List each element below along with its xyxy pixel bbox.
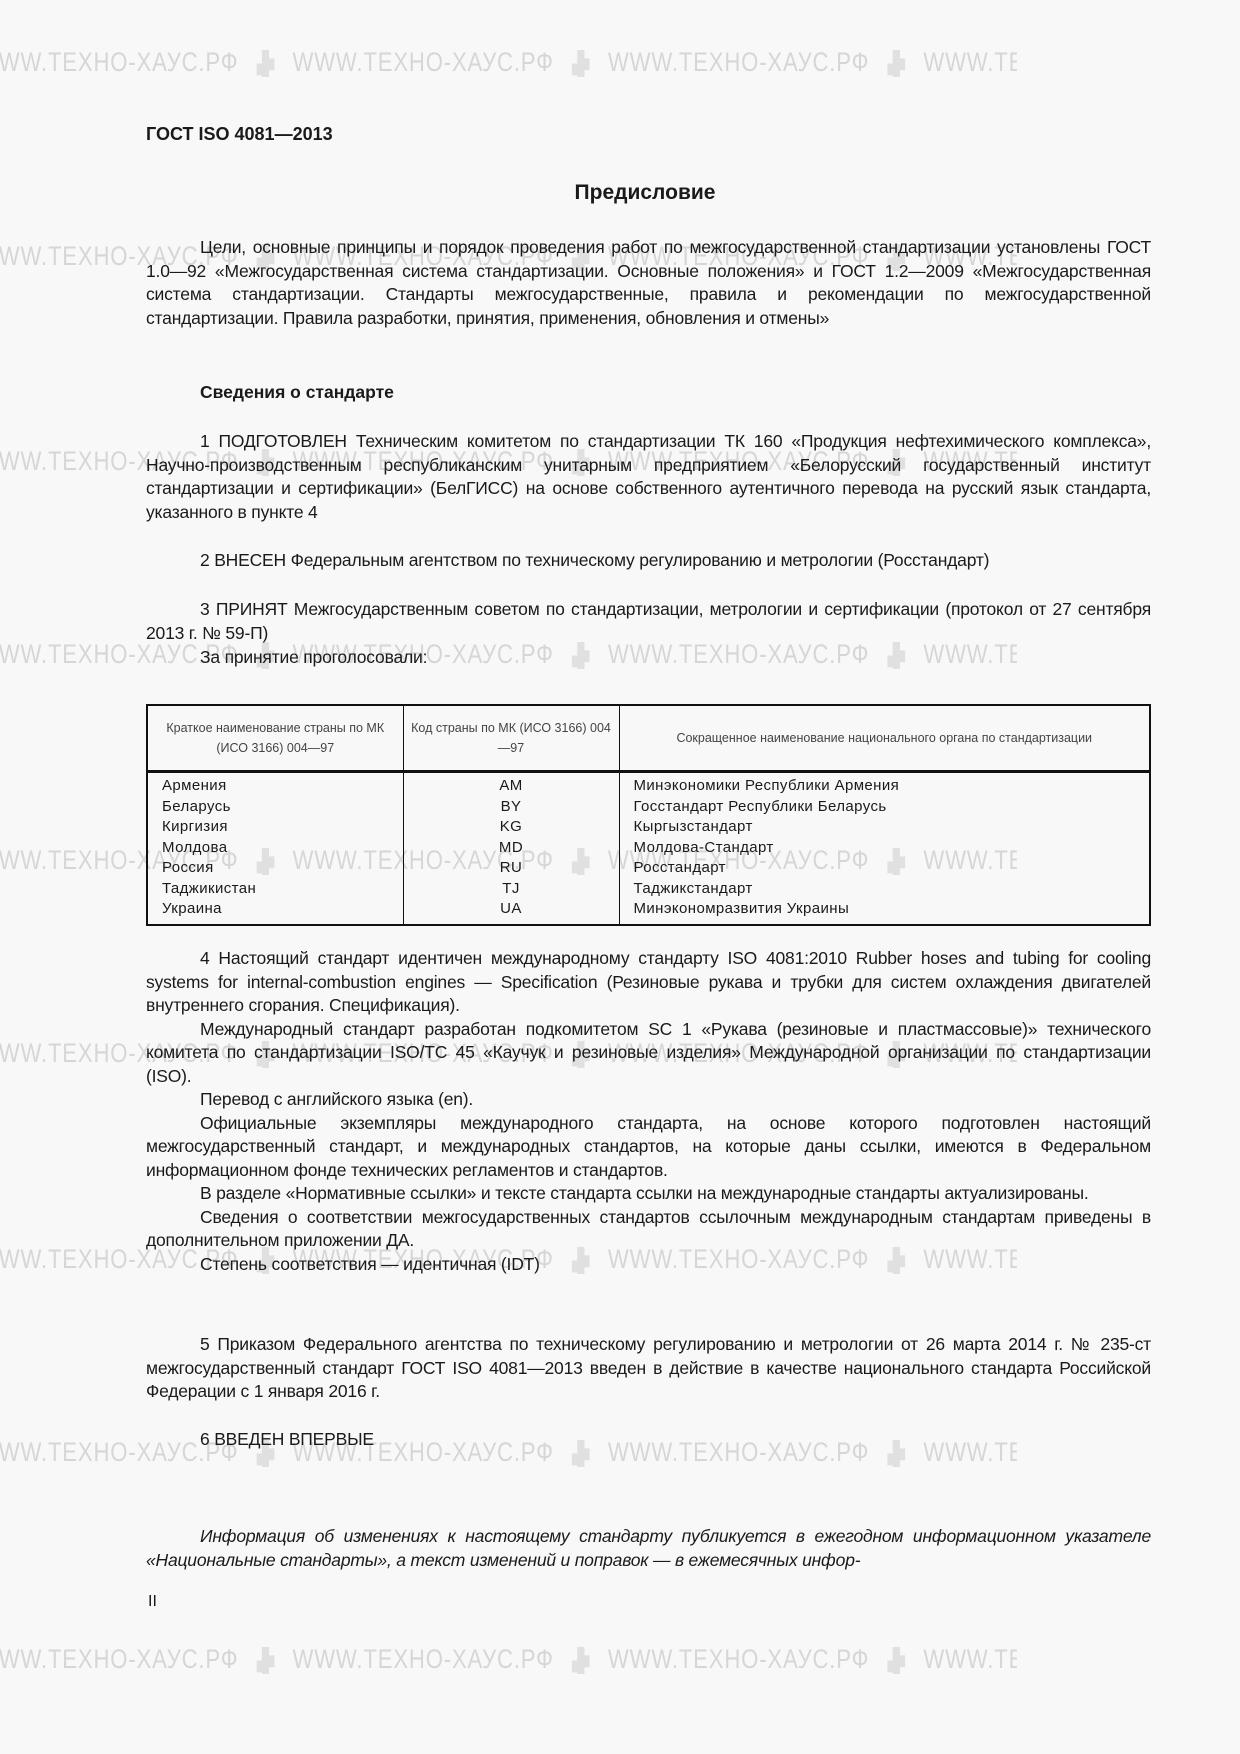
item-5-text: 5 Приказом Федерального агентства по тех… — [146, 1333, 1151, 1404]
item-1-text: 1 ПОДГОТОВЛЕН Техническим комитетом по с… — [146, 430, 1151, 524]
footer-note: Информация об изменениях к настоящему ст… — [146, 1525, 1151, 1572]
footer-note-text: Информация об изменениях к настоящему ст… — [146, 1525, 1151, 1572]
cell-code: TJ — [403, 879, 619, 900]
cell-country: Молдова — [147, 838, 403, 859]
table-row: МолдоваMDМолдова-Стандарт — [147, 838, 1150, 859]
item-3-text: 3 ПРИНЯТ Межгосударственным советом по с… — [146, 598, 1151, 645]
section-heading: Сведения о стандарте — [200, 382, 394, 403]
cell-country: Беларусь — [147, 797, 403, 818]
column-header: Код страны по МК (ИСО 3166) 004—97 — [403, 705, 619, 772]
page-number: II — [148, 1593, 157, 1611]
cell-body: Таджикстандарт — [619, 879, 1150, 900]
document-page: ГОСТ ISO 4081—2013 Предисловие Цели, осн… — [0, 0, 1240, 1754]
cell-country: Украина — [147, 899, 403, 925]
cell-country: Армения — [147, 772, 403, 797]
cell-code: BY — [403, 797, 619, 818]
cell-code: AM — [403, 772, 619, 797]
table-header-row: Краткое наименование страны по МК (ИСО 3… — [147, 705, 1150, 772]
item-4-developer: Международный стандарт разработан подком… — [146, 1018, 1151, 1089]
cell-body: Госстандарт Республики Беларусь — [619, 797, 1150, 818]
cell-code: MD — [403, 838, 619, 859]
cell-country: Киргизия — [147, 817, 403, 838]
item-4-appendix: Сведения о соответствии межгосударственн… — [146, 1206, 1151, 1253]
cell-body: Минэкономики Республики Армения — [619, 772, 1150, 797]
column-header: Краткое наименование страны по МК (ИСО 3… — [147, 705, 403, 772]
document-code: ГОСТ ISO 4081—2013 — [146, 124, 333, 145]
table-row: УкраинаUAМинэкономразвития Украины — [147, 899, 1150, 925]
item-4-official-copies: Официальные экземпляры международного ст… — [146, 1112, 1151, 1183]
table-row: ТаджикистанTJТаджикстандарт — [147, 879, 1150, 900]
table-row: РоссияRUРосстандарт — [147, 858, 1150, 879]
cell-code: RU — [403, 858, 619, 879]
item-6: 6 ВВЕДЕН ВПЕРВЫЕ — [146, 1428, 1151, 1452]
item-4-references: В разделе «Нормативные ссылки» и тексте … — [146, 1182, 1151, 1206]
item-4-translation: Перевод с английского языка (en). — [146, 1088, 1151, 1112]
item-6-text: 6 ВВЕДЕН ВПЕРВЫЕ — [146, 1428, 1151, 1452]
votes-label: За принятие проголосовали: — [146, 646, 1151, 670]
cell-body: Кыргызстандарт — [619, 817, 1150, 838]
column-header: Сокращенное наименование национального о… — [619, 705, 1150, 772]
item-1: 1 ПОДГОТОВЛЕН Техническим комитетом по с… — [146, 430, 1151, 524]
table-row: БеларусьBYГосстандарт Республики Беларус… — [147, 797, 1150, 818]
cell-body: Молдова-Стандарт — [619, 838, 1150, 859]
item-5: 5 Приказом Федерального агентства по тех… — [146, 1333, 1151, 1404]
cell-body: Росстандарт — [619, 858, 1150, 879]
cell-code: UA — [403, 899, 619, 925]
intro-paragraph: Цели, основные принципы и порядок провед… — [146, 236, 1151, 330]
cell-body: Минэкономразвития Украины — [619, 899, 1150, 925]
item-4-degree: Степень соответствия — идентичная (IDT) — [146, 1253, 1151, 1277]
table-row: АрменияAMМинэкономики Республики Армения — [147, 772, 1150, 797]
cell-country: Россия — [147, 858, 403, 879]
cell-country: Таджикистан — [147, 879, 403, 900]
item-2-text: 2 ВНЕСЕН Федеральным агентством по техни… — [146, 549, 1151, 573]
intro-text: Цели, основные принципы и порядок провед… — [146, 236, 1151, 330]
item-3: 3 ПРИНЯТ Межгосударственным советом по с… — [146, 598, 1151, 670]
item-4-text: 4 Настоящий стандарт идентичен междунаро… — [146, 947, 1151, 1018]
item-4: 4 Настоящий стандарт идентичен междунаро… — [146, 947, 1151, 1276]
votes-table: Краткое наименование страны по МК (ИСО 3… — [146, 704, 1151, 926]
page-title: Предисловие — [0, 181, 1240, 205]
item-2: 2 ВНЕСЕН Федеральным агентством по техни… — [146, 549, 1151, 573]
cell-code: KG — [403, 817, 619, 838]
table-row: КиргизияKGКыргызстандарт — [147, 817, 1150, 838]
